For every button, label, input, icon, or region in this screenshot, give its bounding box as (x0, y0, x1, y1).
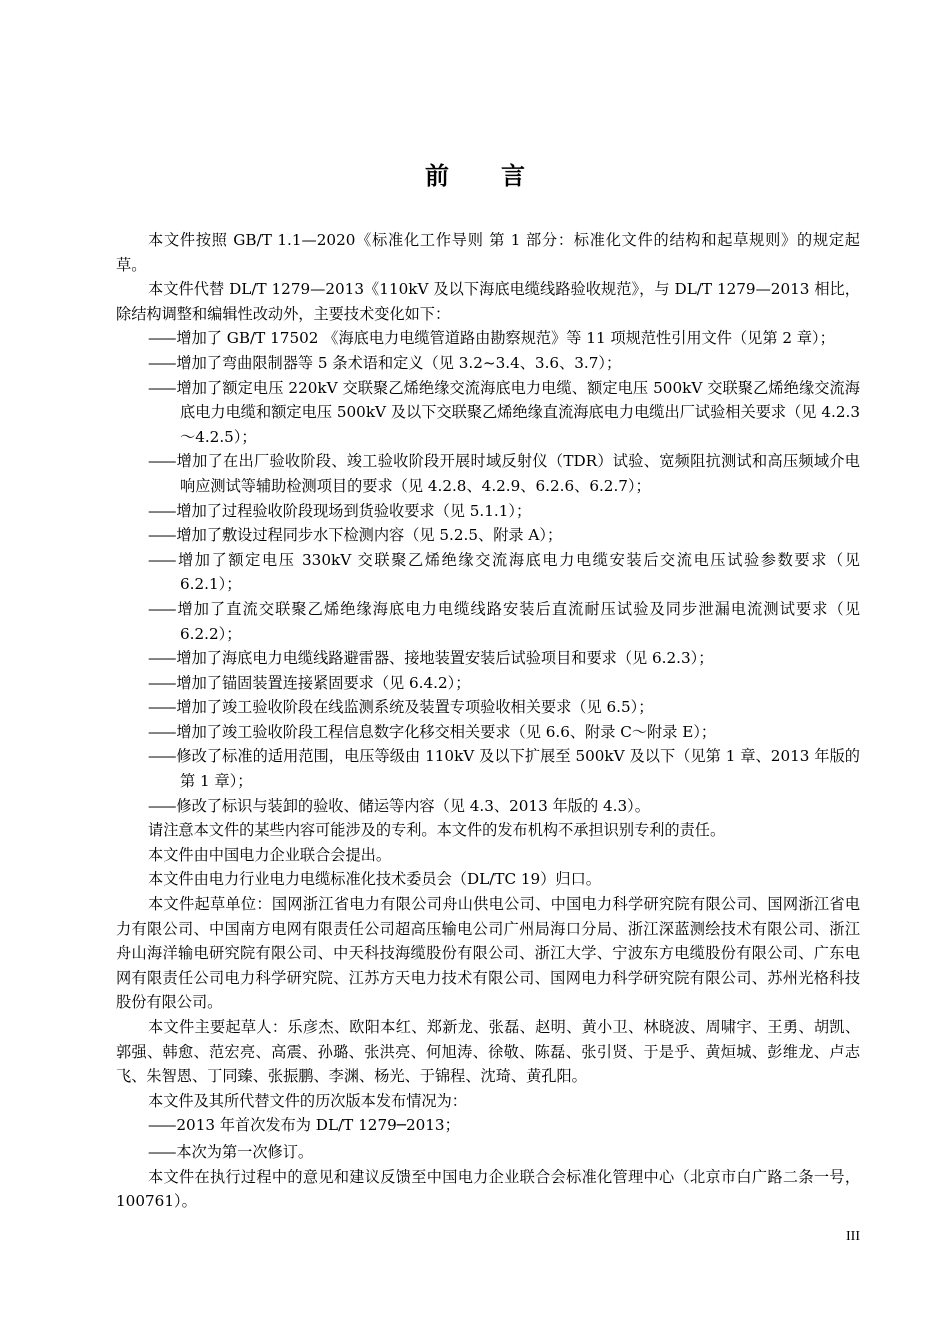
paragraph-governed-by: 本文件由电力行业电力电缆标准化技术委员会（DL/TC 19）归口。 (116, 867, 860, 892)
change-item: 增加了额定电压 220kV 交联聚乙烯绝缘交流海底电力电缆、额定电压 500kV… (116, 376, 860, 450)
history-item: 2013 年首次发布为 DL/T 1279─2013； (116, 1113, 860, 1138)
change-item: 增加了 GB/T 17502 《海底电力电缆管道路由勘察规范》等 11 项规范性… (116, 326, 860, 351)
title-char-1: 前 (425, 156, 449, 191)
change-item: 增加了敷设过程同步水下检测内容（见 5.2.5、附录 A）； (116, 523, 860, 548)
title-char-2: 言 (501, 156, 525, 191)
paragraph-drafters: 本文件主要起草人：乐彦杰、欧阳本红、郑新龙、张磊、赵明、黄小卫、林晓波、周啸宇、… (116, 1015, 860, 1089)
change-item: 增加了额定电压 330kV 交联聚乙烯绝缘交流海底电力电缆安装后交流电压试验参数… (116, 548, 860, 597)
change-item: 增加了在出厂验收阶段、竣工验收阶段开展时域反射仪（TDR）试验、宽频阻抗测试和高… (116, 449, 860, 498)
paragraph-history-intro: 本文件及其所代替文件的历次版本发布情况为： (116, 1089, 860, 1114)
page-title: 前言 (0, 156, 950, 191)
change-item: 增加了过程验收阶段现场到货验收要求（见 5.1.1）； (116, 499, 860, 524)
paragraph-feedback: 本文件在执行过程中的意见和建议反馈至中国电力企业联合会标准化管理中心（北京市白广… (116, 1165, 860, 1214)
change-item: 增加了竣工验收阶段在线监测系统及装置专项验收相关要求（见 6.5）； (116, 695, 860, 720)
change-item: 增加了竣工验收阶段工程信息数字化移交相关要求（见 6.6、附录 C～附录 E）； (116, 720, 860, 745)
page-number: III (846, 1229, 860, 1245)
history-item: 本次为第一次修订。 (116, 1140, 860, 1165)
paragraph-proposed-by: 本文件由中国电力企业联合会提出。 (116, 843, 860, 868)
paragraph-drafting-units: 本文件起草单位：国网浙江省电力有限公司舟山供电公司、中国电力科学研究院有限公司、… (116, 892, 860, 1015)
change-item: 增加了直流交联聚乙烯绝缘海底电力电缆线路安装后直流耐压试验及同步泄漏电流测试要求… (116, 597, 860, 646)
change-item: 增加了海底电力电缆线路避雷器、接地装置安装后试验项目和要求（见 6.2.3）； (116, 646, 860, 671)
document-body: 本文件按照 GB/T 1.1—2020《标准化工作导则 第 1 部分：标准化文件… (116, 228, 860, 1214)
change-item: 增加了锚固装置连接紧固要求（见 6.4.2）； (116, 671, 860, 696)
change-item: 增加了弯曲限制器等 5 条术语和定义（见 3.2~3.4、3.6、3.7）； (116, 351, 860, 376)
change-item: 修改了标准的适用范围，电压等级由 110kV 及以下扩展至 500kV 及以下（… (116, 744, 860, 793)
paragraph-drafting-rules: 本文件按照 GB/T 1.1—2020《标准化工作导则 第 1 部分：标准化文件… (116, 228, 860, 277)
change-item: 修改了标识与装卸的验收、储运等内容（见 4.3、2013 年版的 4.3）。 (116, 794, 860, 819)
paragraph-patent-notice: 请注意本文件的某些内容可能涉及的专利。本文件的发布机构不承担识别专利的责任。 (116, 818, 860, 843)
paragraph-replaces: 本文件代替 DL/T 1279—2013《110kV 及以下海底电缆线路验收规范… (116, 277, 860, 326)
